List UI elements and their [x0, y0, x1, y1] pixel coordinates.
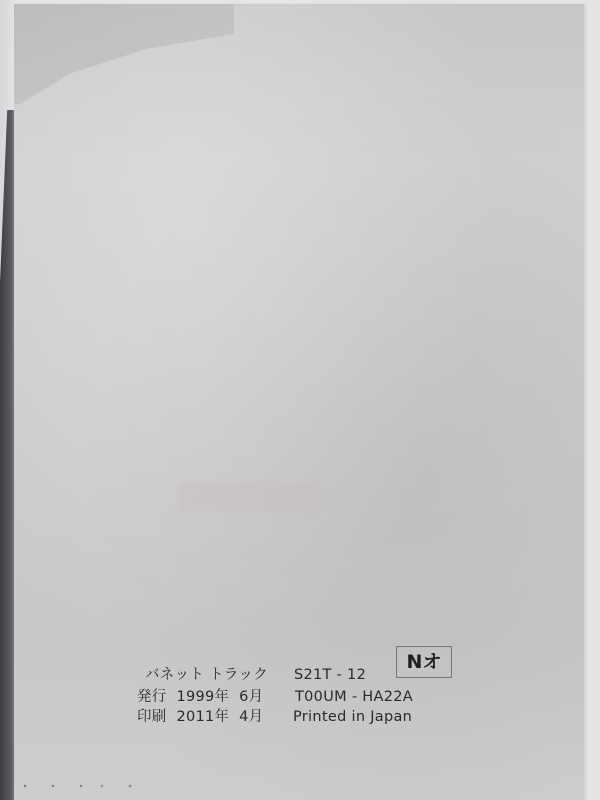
issued-line: 発行 1999年 6月: [137, 688, 263, 706]
printed-date: 2011年 4月: [176, 709, 263, 725]
manual-code: S21T - 12: [294, 666, 366, 684]
part-number: T00UM - HA22A: [295, 688, 413, 706]
printed-line: 印刷 2011年 4月: [137, 708, 263, 726]
issued-date: 1999年 6月: [176, 689, 263, 705]
faint-stain: [178, 482, 323, 512]
printed-in: Printed in Japan: [293, 708, 412, 726]
print-specks: [18, 783, 158, 789]
issued-label: 発行: [137, 689, 167, 705]
edition-badge: Nオ: [396, 646, 452, 678]
vehicle-title: バネット トラック: [145, 666, 268, 684]
printed-label: 印刷: [137, 709, 167, 725]
